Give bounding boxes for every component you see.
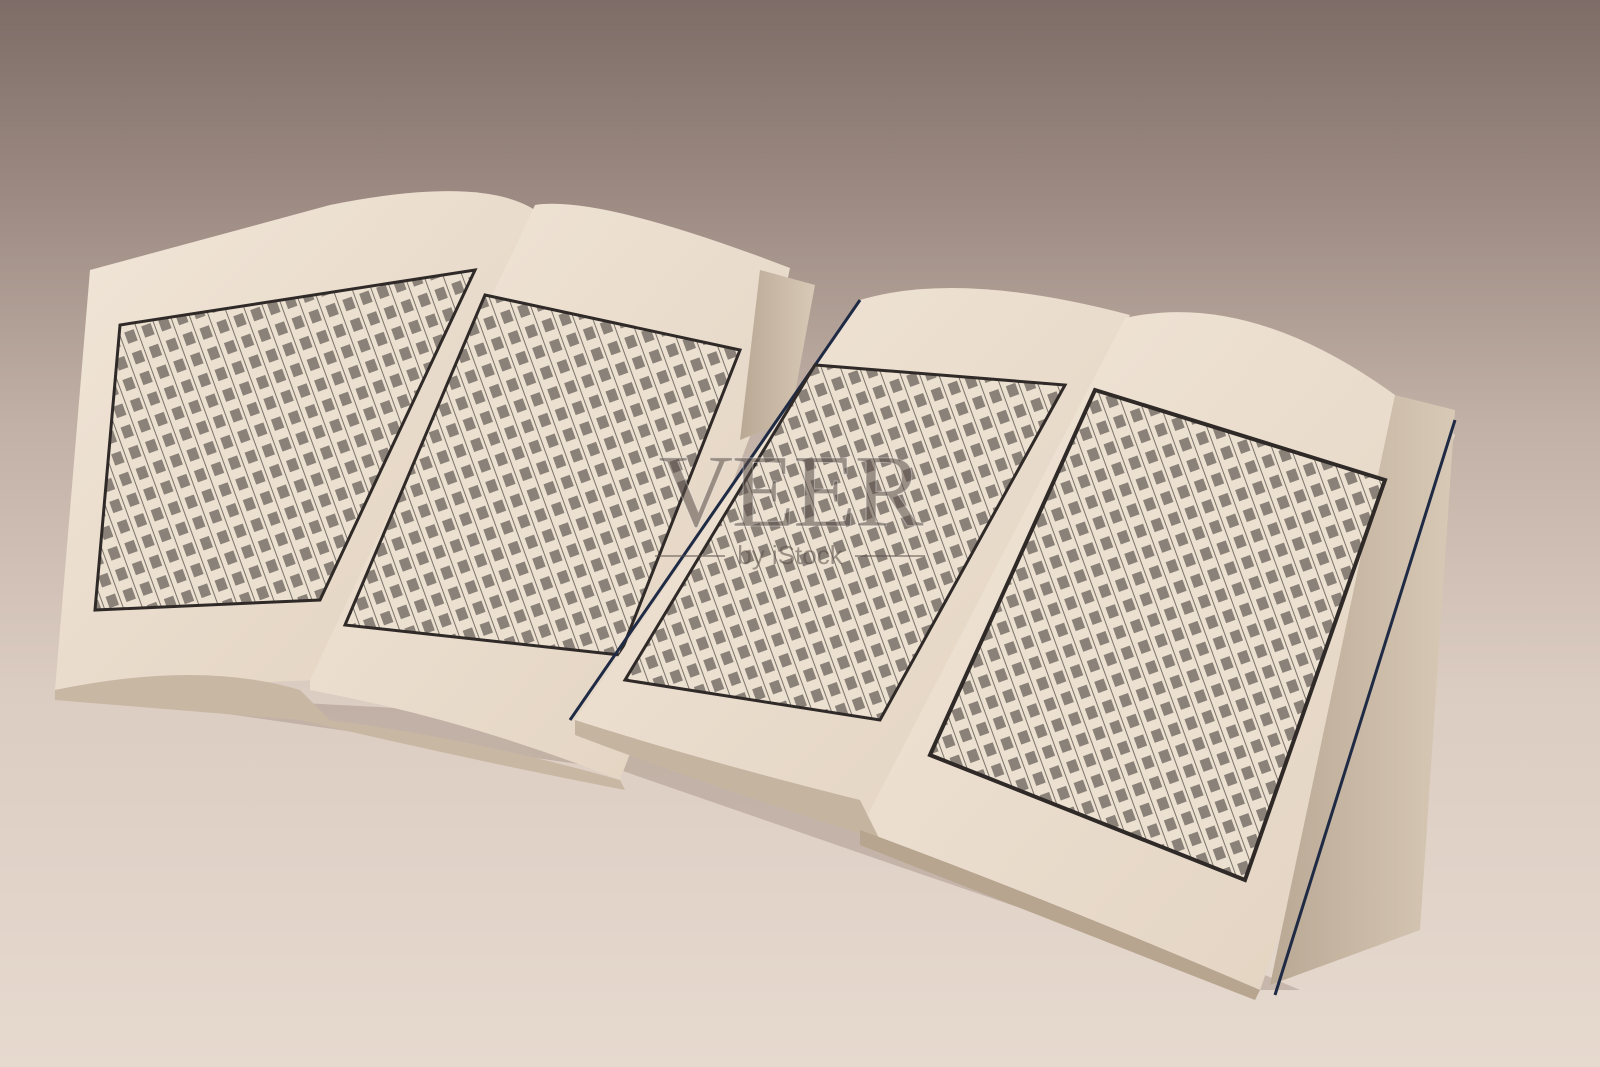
books-illustration: [0, 0, 1600, 1067]
book-photograph: [0, 0, 1600, 1067]
